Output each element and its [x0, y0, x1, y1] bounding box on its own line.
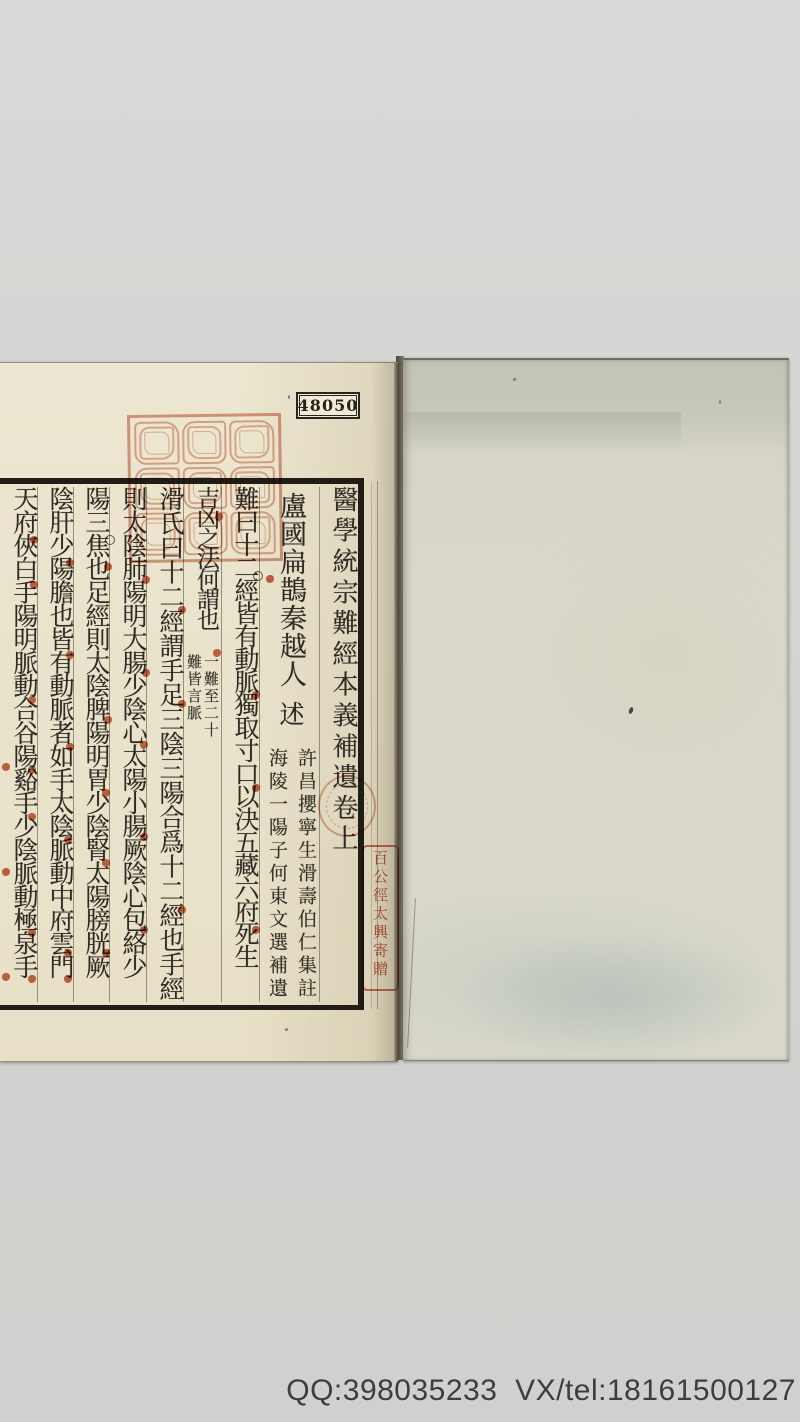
- seal-script-cell: [182, 466, 227, 509]
- paper-tone-band: [403, 412, 681, 452]
- paper-speck: [513, 378, 516, 381]
- seal-script-cell: [231, 511, 276, 554]
- commentary-column-1: 滑氏曰十二經謂手足三陰三陽合爲十二經也手經: [152, 486, 188, 1001]
- scan-background: 48050 醫學統宗難經本義補遺卷上 盧國扁鵲秦越人 述 許昌攖寧生滑壽伯仁集註…: [0, 0, 800, 1422]
- seal-script-cell: [135, 513, 180, 556]
- seal-script-cell: [230, 466, 275, 509]
- seal-script-cell: [135, 467, 180, 510]
- large-square-collector-seal: [127, 413, 283, 563]
- commentary-column-5: 天府俠白手陽明脈動合谷陽谿手少陰脈動極泉手: [6, 486, 42, 977]
- commentary-column-4: 陰肝少陽膽也皆有動脈者如手太陰脈動中府雲門: [42, 486, 78, 977]
- small-round-seal: [318, 775, 376, 837]
- seal-script-cell: [183, 512, 228, 555]
- seal-script-cell: [182, 421, 227, 464]
- paper-crease: [407, 898, 416, 1048]
- catalog-number-text: 48050: [298, 396, 359, 415]
- donation-seal-text: 百公徑太興寄贈: [370, 850, 391, 989]
- seal-script-cell: [134, 421, 179, 464]
- book-page-recto: 48050 醫學統宗難經本義補遺卷上 盧國扁鵲秦越人 述 許昌攖寧生滑壽伯仁集註…: [0, 362, 398, 1062]
- paper-speck: [285, 1028, 288, 1031]
- author-suffix: 述: [272, 701, 308, 726]
- paper-speck: [288, 395, 290, 399]
- catalog-number-label: 48050: [296, 392, 360, 419]
- supplementer-column: 海陵一陽子何東文選補遺: [264, 748, 291, 1001]
- seal-script-cell: [229, 420, 274, 463]
- commentary-column-3: 陽三焦也足經則太陰脾陽明胃少陰腎太陽膀胱厥: [78, 486, 114, 977]
- paper-speck: [719, 400, 721, 404]
- page-edge: [394, 363, 398, 1061]
- paper-speck: [628, 707, 634, 715]
- book-page-verso: [403, 358, 789, 1061]
- contact-watermark: QQ:398035233 VX/tel:18161500127: [286, 1374, 796, 1408]
- annotator-column: 許昌攖寧生滑壽伯仁集註: [293, 748, 320, 1001]
